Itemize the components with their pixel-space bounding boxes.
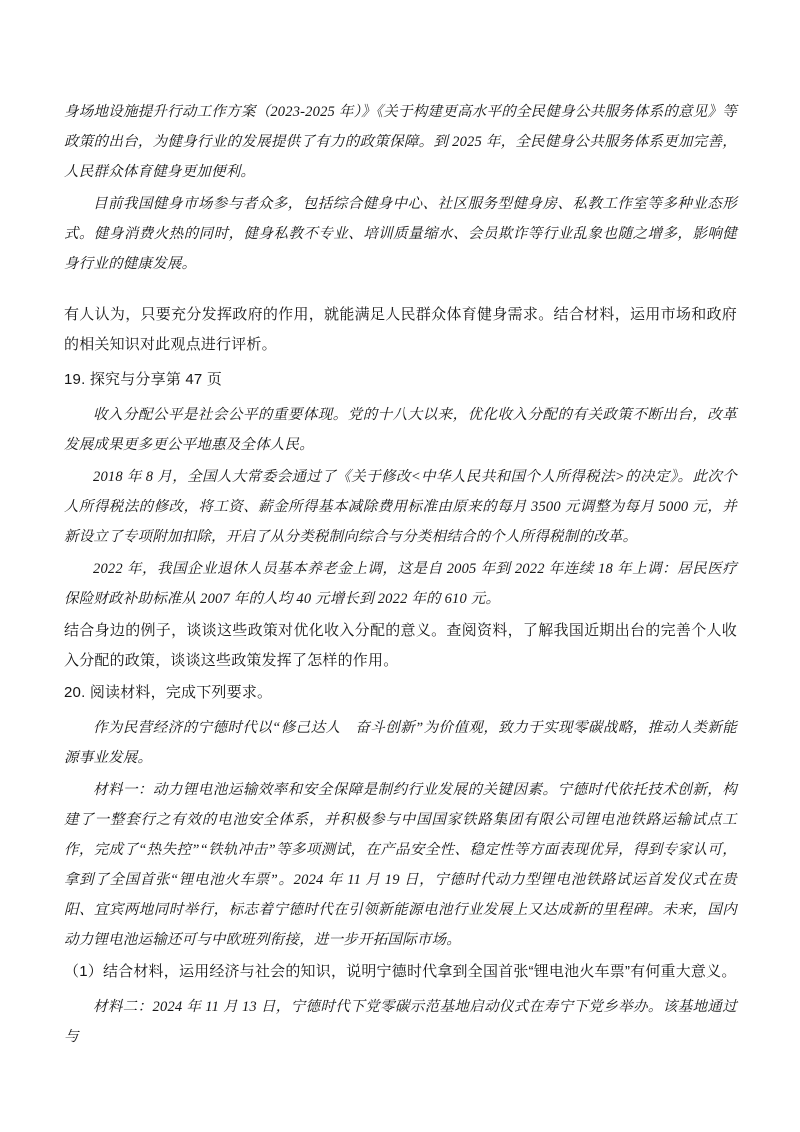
- question-19-material-paragraph-2: 2018 年 8 月，全国人大常委会通过了《关于修改<中华人民共和国个人所得税法…: [64, 462, 737, 552]
- question-20-heading: 20. 阅读材料，完成下列要求。: [64, 678, 737, 708]
- question-20-material-1: 材料一：动力锂电池运输效率和安全保障是制约行业发展的关键因素。宁德时代依托技术创…: [64, 775, 737, 955]
- question-19-task: 结合身边的例子，谈谈这些政策对优化收入分配的意义。查阅资料，了解我国近期出台的完…: [64, 616, 737, 676]
- question-19-material-paragraph-1: 收入分配公平是社会公平的重要体现。党的十八大以来，优化收入分配的有关政策不断出台…: [64, 400, 737, 460]
- paragraph-fitness-market: 目前我国健身市场参与者众多，包括综合健身中心、社区服务型健身房、私教工作室等多种…: [64, 189, 737, 279]
- question-19-material-paragraph-3: 2022 年，我国企业退休人员基本养老金上调，这是自 2005 年到 2022 …: [64, 554, 737, 614]
- exam-document-page: 身场地设施提升行动工作方案（2023-2025 年）》《关于构建更高水平的全民健…: [0, 0, 800, 1132]
- question-20-subquestion-1: （1）结合材料，运用经济与社会的知识，说明宁德时代拿到全国首张“锂电池火车票”有…: [64, 957, 737, 987]
- question-20-intro-paragraph: 作为民营经济的宁德时代以“修己达人 奋斗创新”为价值观，致力于实现零碳战略，推动…: [64, 713, 737, 773]
- question-20-material-2-continuation: 材料二：2024 年 11 月 13 日，宁德时代下党零碳示范基地启动仪式在寿宁…: [64, 992, 737, 1052]
- question-18-task: 有人认为，只要充分发挥政府的作用，就能满足人民群众体育健身需求。结合材料，运用市…: [64, 300, 737, 360]
- question-19-heading: 19. 探究与分享第 47 页: [64, 365, 737, 395]
- paragraph-fitness-policy-continuation: 身场地设施提升行动工作方案（2023-2025 年）》《关于构建更高水平的全民健…: [64, 97, 737, 187]
